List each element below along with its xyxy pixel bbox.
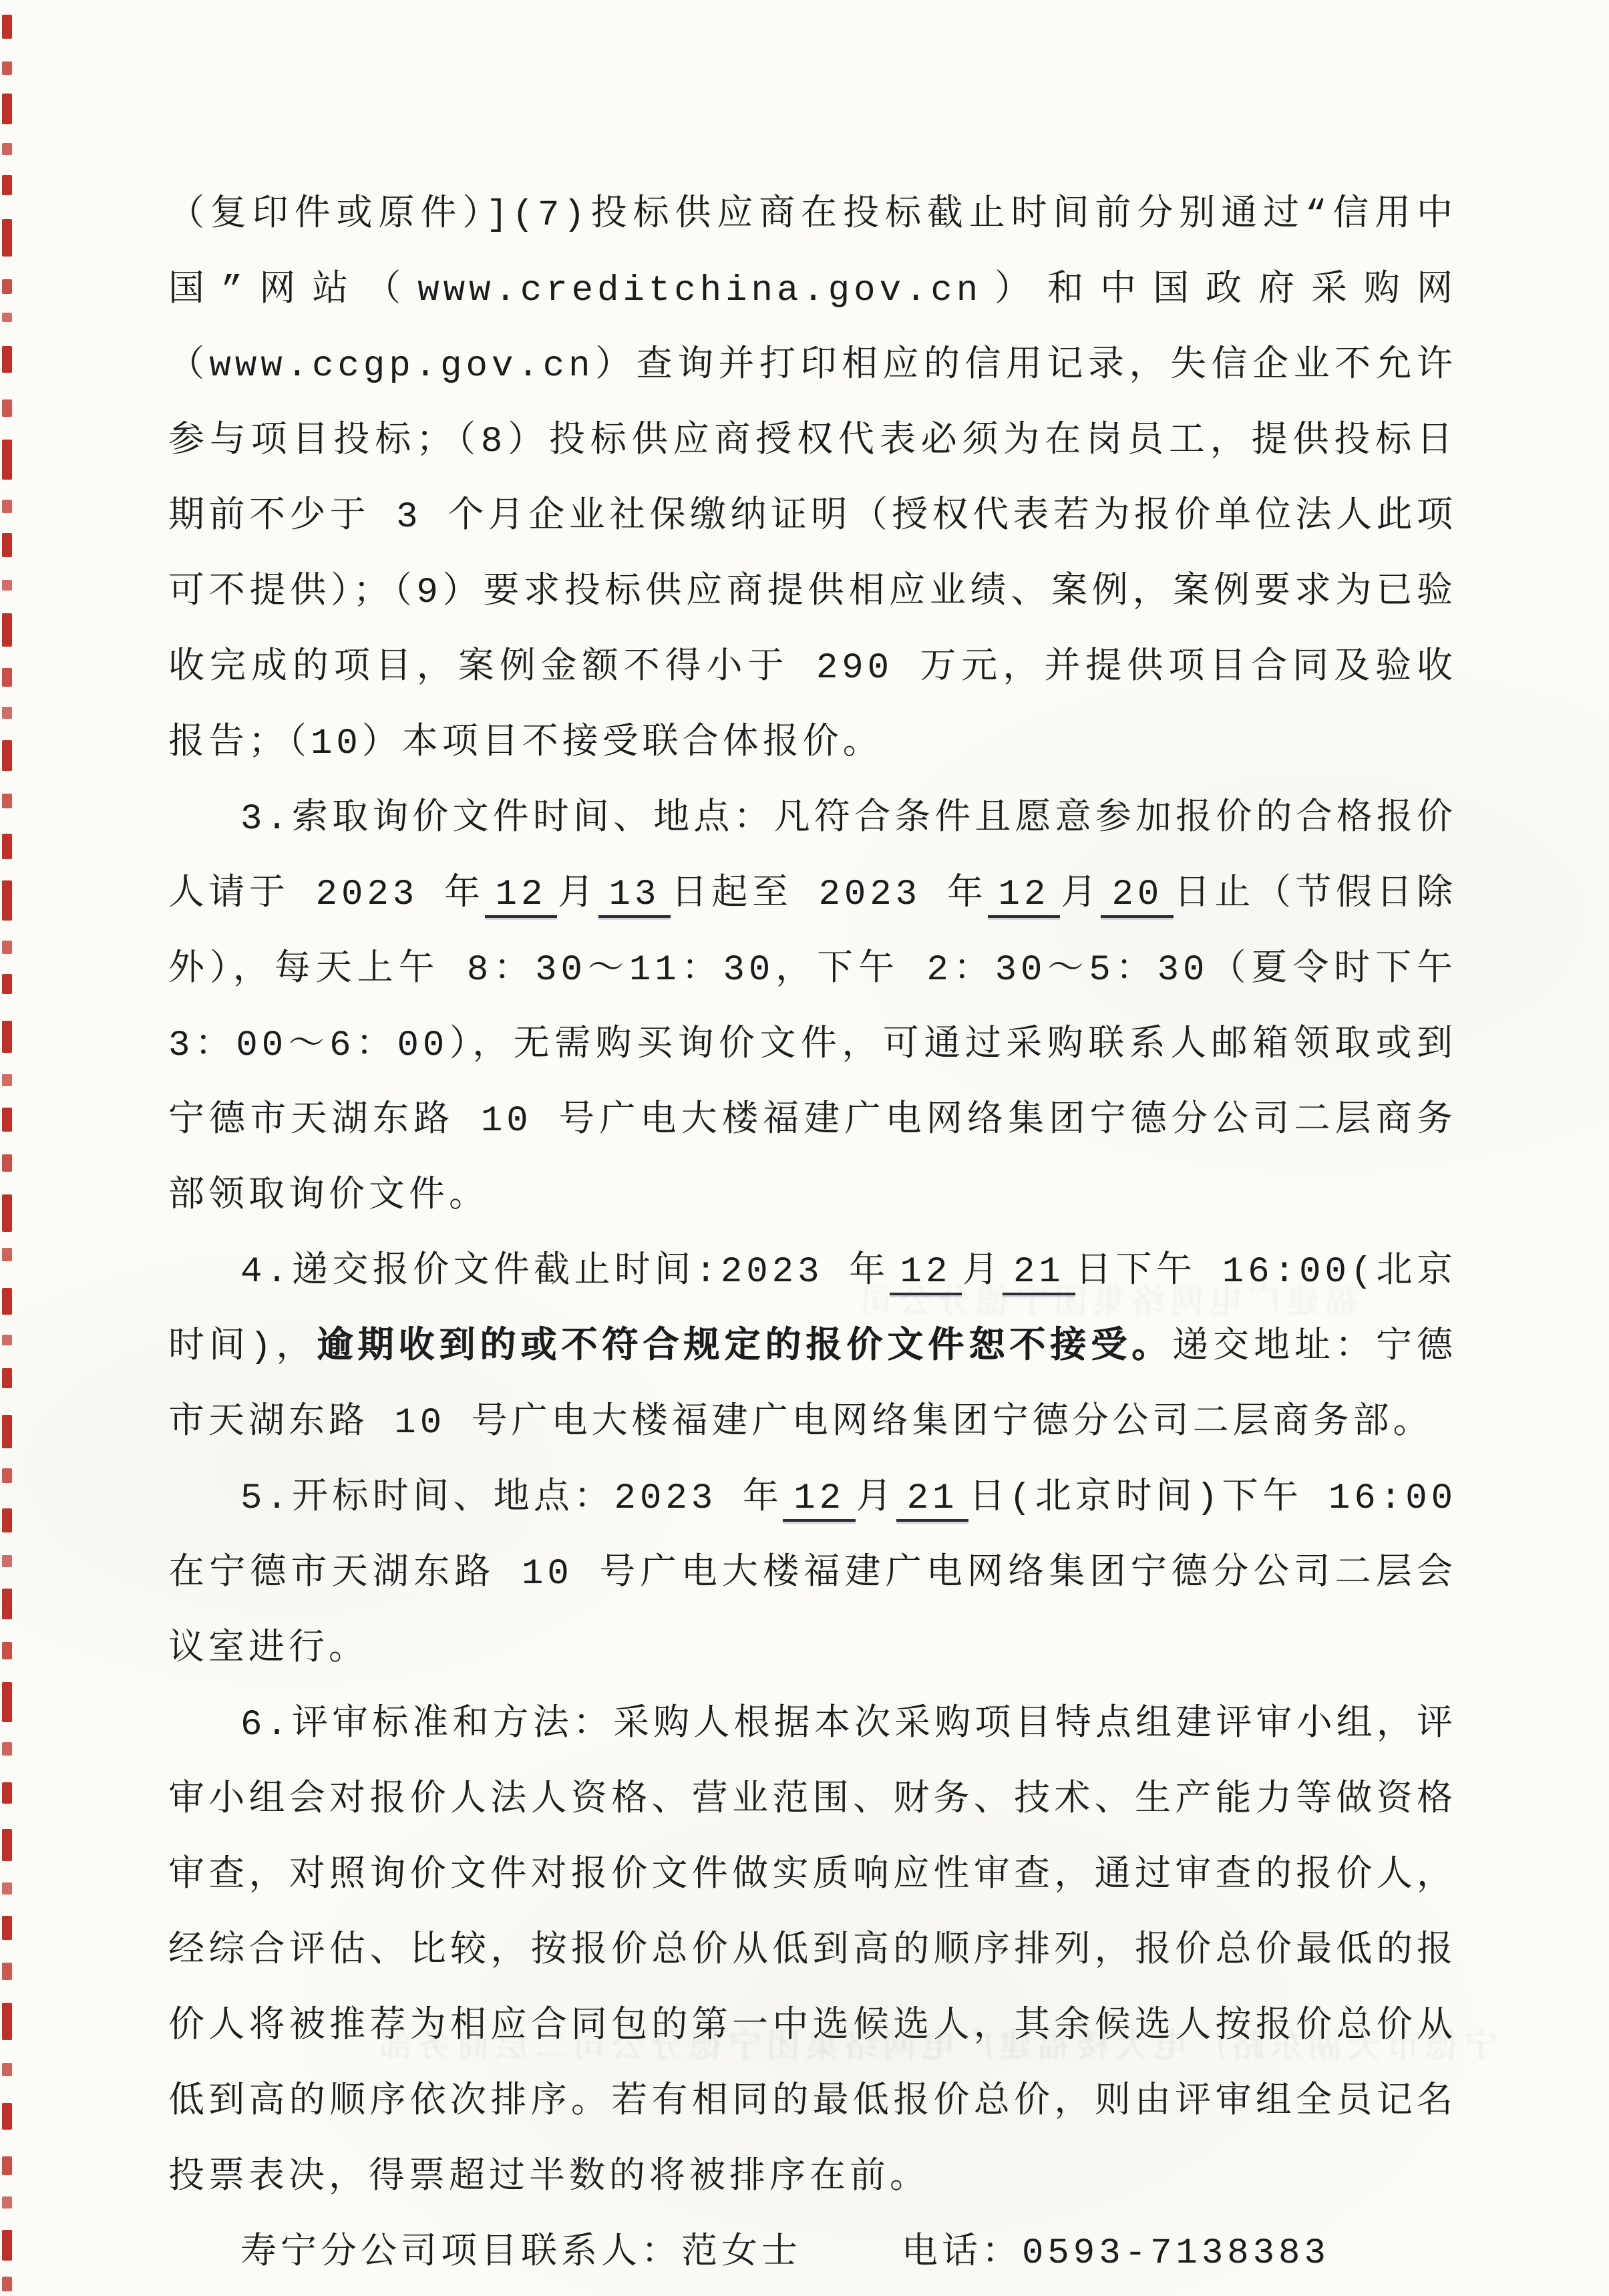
- scan-edge-mark: [2, 613, 12, 647]
- scan-edge-mark: [2, 668, 12, 687]
- scan-edge-mark: [2, 399, 12, 417]
- date-blank: 12: [485, 874, 558, 918]
- scan-edge-mark: [2, 1642, 12, 1659]
- paragraph: 4.递交报价文件截止时间:2023 年12月21日下午 16:00(北京时间)，…: [168, 1235, 1457, 1461]
- scan-edge-mark: [2, 1415, 12, 1448]
- scan-edge-mark: [2, 1248, 12, 1261]
- paragraph: 6.评审标准和方法：采购人根据本次采购项目特点组建评审小组，评审小组会对报价人法…: [168, 1687, 1457, 2216]
- scan-edge-mark: [2, 1154, 12, 1172]
- date-blank: 12: [890, 1252, 962, 1295]
- text-run: 5.开标时间、地点：2023 年: [240, 1478, 783, 1519]
- text-run: 6.评审标准和方法：采购人根据本次采购项目特点组建评审小组，评审小组会对报价人法…: [168, 1705, 1457, 2198]
- scan-edge-mark: [2, 1882, 12, 1895]
- text-run: 月: [856, 1478, 896, 1519]
- scan-edge-mark: [2, 346, 12, 373]
- scan-edge-mark: [2, 2196, 12, 2208]
- scan-edge-mark: [2, 313, 12, 322]
- text-run: （复印件或原件）](7)投标供应商在投标截止时间前分别通过“信用中国”网站（ww…: [168, 195, 1457, 764]
- text-run: 4.递交报价文件截止时间:2023 年: [240, 1252, 890, 1293]
- scan-edge-mark: [2, 2277, 12, 2291]
- scan-edge-mark: [2, 500, 12, 513]
- scan-edge-marks: [0, 0, 27, 2296]
- scanned-document-page: （复印件或原件）](7)投标供应商在投标截止时间前分别通过“信用中国”网站（ww…: [0, 0, 1609, 2296]
- scan-edge-mark: [2, 834, 12, 859]
- date-blank: 13: [598, 874, 671, 918]
- scan-edge-mark: [2, 707, 12, 719]
- scan-edge-mark: [2, 2103, 12, 2130]
- scan-edge-mark: [2, 2063, 12, 2076]
- scan-edge-mark: [2, 61, 12, 75]
- scan-edge-mark: [2, 1074, 12, 1086]
- scan-edge-mark: [2, 1194, 12, 1232]
- scan-edge-mark: [2, 1021, 12, 1053]
- scan-edge-mark: [2, 279, 12, 294]
- text-run: 月: [1060, 874, 1101, 915]
- scan-edge-mark: [2, 1589, 12, 1619]
- date-blank: 12: [988, 874, 1061, 918]
- scan-edge-mark: [2, 1368, 12, 1388]
- paragraph: （复印件或原件）](7)投标供应商在投标截止时间前分别通过“信用中国”网站（ww…: [168, 178, 1457, 782]
- text-run: 逾期收到的或不符合规定的报价文件恕不接受。: [317, 1327, 1172, 1368]
- scan-edge-mark: [2, 1916, 12, 1940]
- scan-edge-mark: [2, 1963, 12, 1980]
- scan-edge-mark: [2, 974, 12, 994]
- scan-edge-mark: [2, 1742, 12, 1756]
- document-body: （复印件或原件）](7)投标供应商在投标截止时间前分别通过“信用中国”网站（ww…: [168, 178, 1457, 2291]
- scan-edge-mark: [2, 143, 12, 155]
- scan-edge-mark: [2, 794, 12, 808]
- scan-edge-mark: [2, 1555, 12, 1567]
- text-run: 日起至 2023 年: [671, 874, 987, 915]
- date-blank: 21: [896, 1478, 969, 1522]
- paragraph: 寿宁分公司项目联系人：范女士电话：0593-7138383: [168, 2216, 1457, 2291]
- text-run: 月: [962, 1252, 1003, 1293]
- text-run: 日止（节假日除外），每天上午 8：30～11：30，下午 2：30～5：30（夏…: [168, 874, 1457, 1217]
- scan-edge-mark: [2, 1335, 12, 1345]
- scan-edge-mark: [2, 1288, 12, 1315]
- scan-edge-mark: [2, 533, 12, 557]
- scan-edge-mark: [2, 1682, 12, 1722]
- text-run: 电话：0593-7138383: [902, 2233, 1330, 2274]
- scan-edge-mark: [2, 941, 12, 954]
- scan-edge-mark: [2, 2156, 12, 2175]
- scan-edge-mark: [2, 580, 12, 591]
- date-blank: 21: [1003, 1252, 1075, 1295]
- scan-edge-mark: [2, 175, 12, 195]
- scan-edge-mark: [2, 1108, 12, 1132]
- scan-edge-mark: [2, 740, 12, 771]
- paragraph: 3.索取询价文件时间、地点：凡符合条件且愿意参加报价的合格报价人请于 2023 …: [168, 782, 1457, 1235]
- scan-edge-mark: [2, 1508, 12, 1532]
- scan-edge-mark: [2, 1829, 12, 1861]
- text-run: 寿宁分公司项目联系人：范女士: [240, 2233, 801, 2274]
- date-blank: 20: [1101, 874, 1174, 918]
- scan-edge-mark: [2, 1468, 12, 1483]
- text-run: 月: [557, 874, 598, 915]
- scan-edge-mark: [2, 2003, 12, 2040]
- scan-edge-mark: [2, 94, 12, 124]
- scan-edge-mark: [2, 880, 12, 921]
- scan-edge-mark: [2, 219, 12, 257]
- scan-edge-mark: [2, 2230, 12, 2261]
- paragraph: 5.开标时间、地点：2023 年12月21日(北京时间)下午 16:00 在宁德…: [168, 1461, 1457, 1687]
- scan-edge-mark: [2, 15, 12, 39]
- date-blank: 12: [783, 1478, 856, 1522]
- scan-edge-mark: [2, 1782, 12, 1804]
- scan-edge-mark: [2, 440, 12, 480]
